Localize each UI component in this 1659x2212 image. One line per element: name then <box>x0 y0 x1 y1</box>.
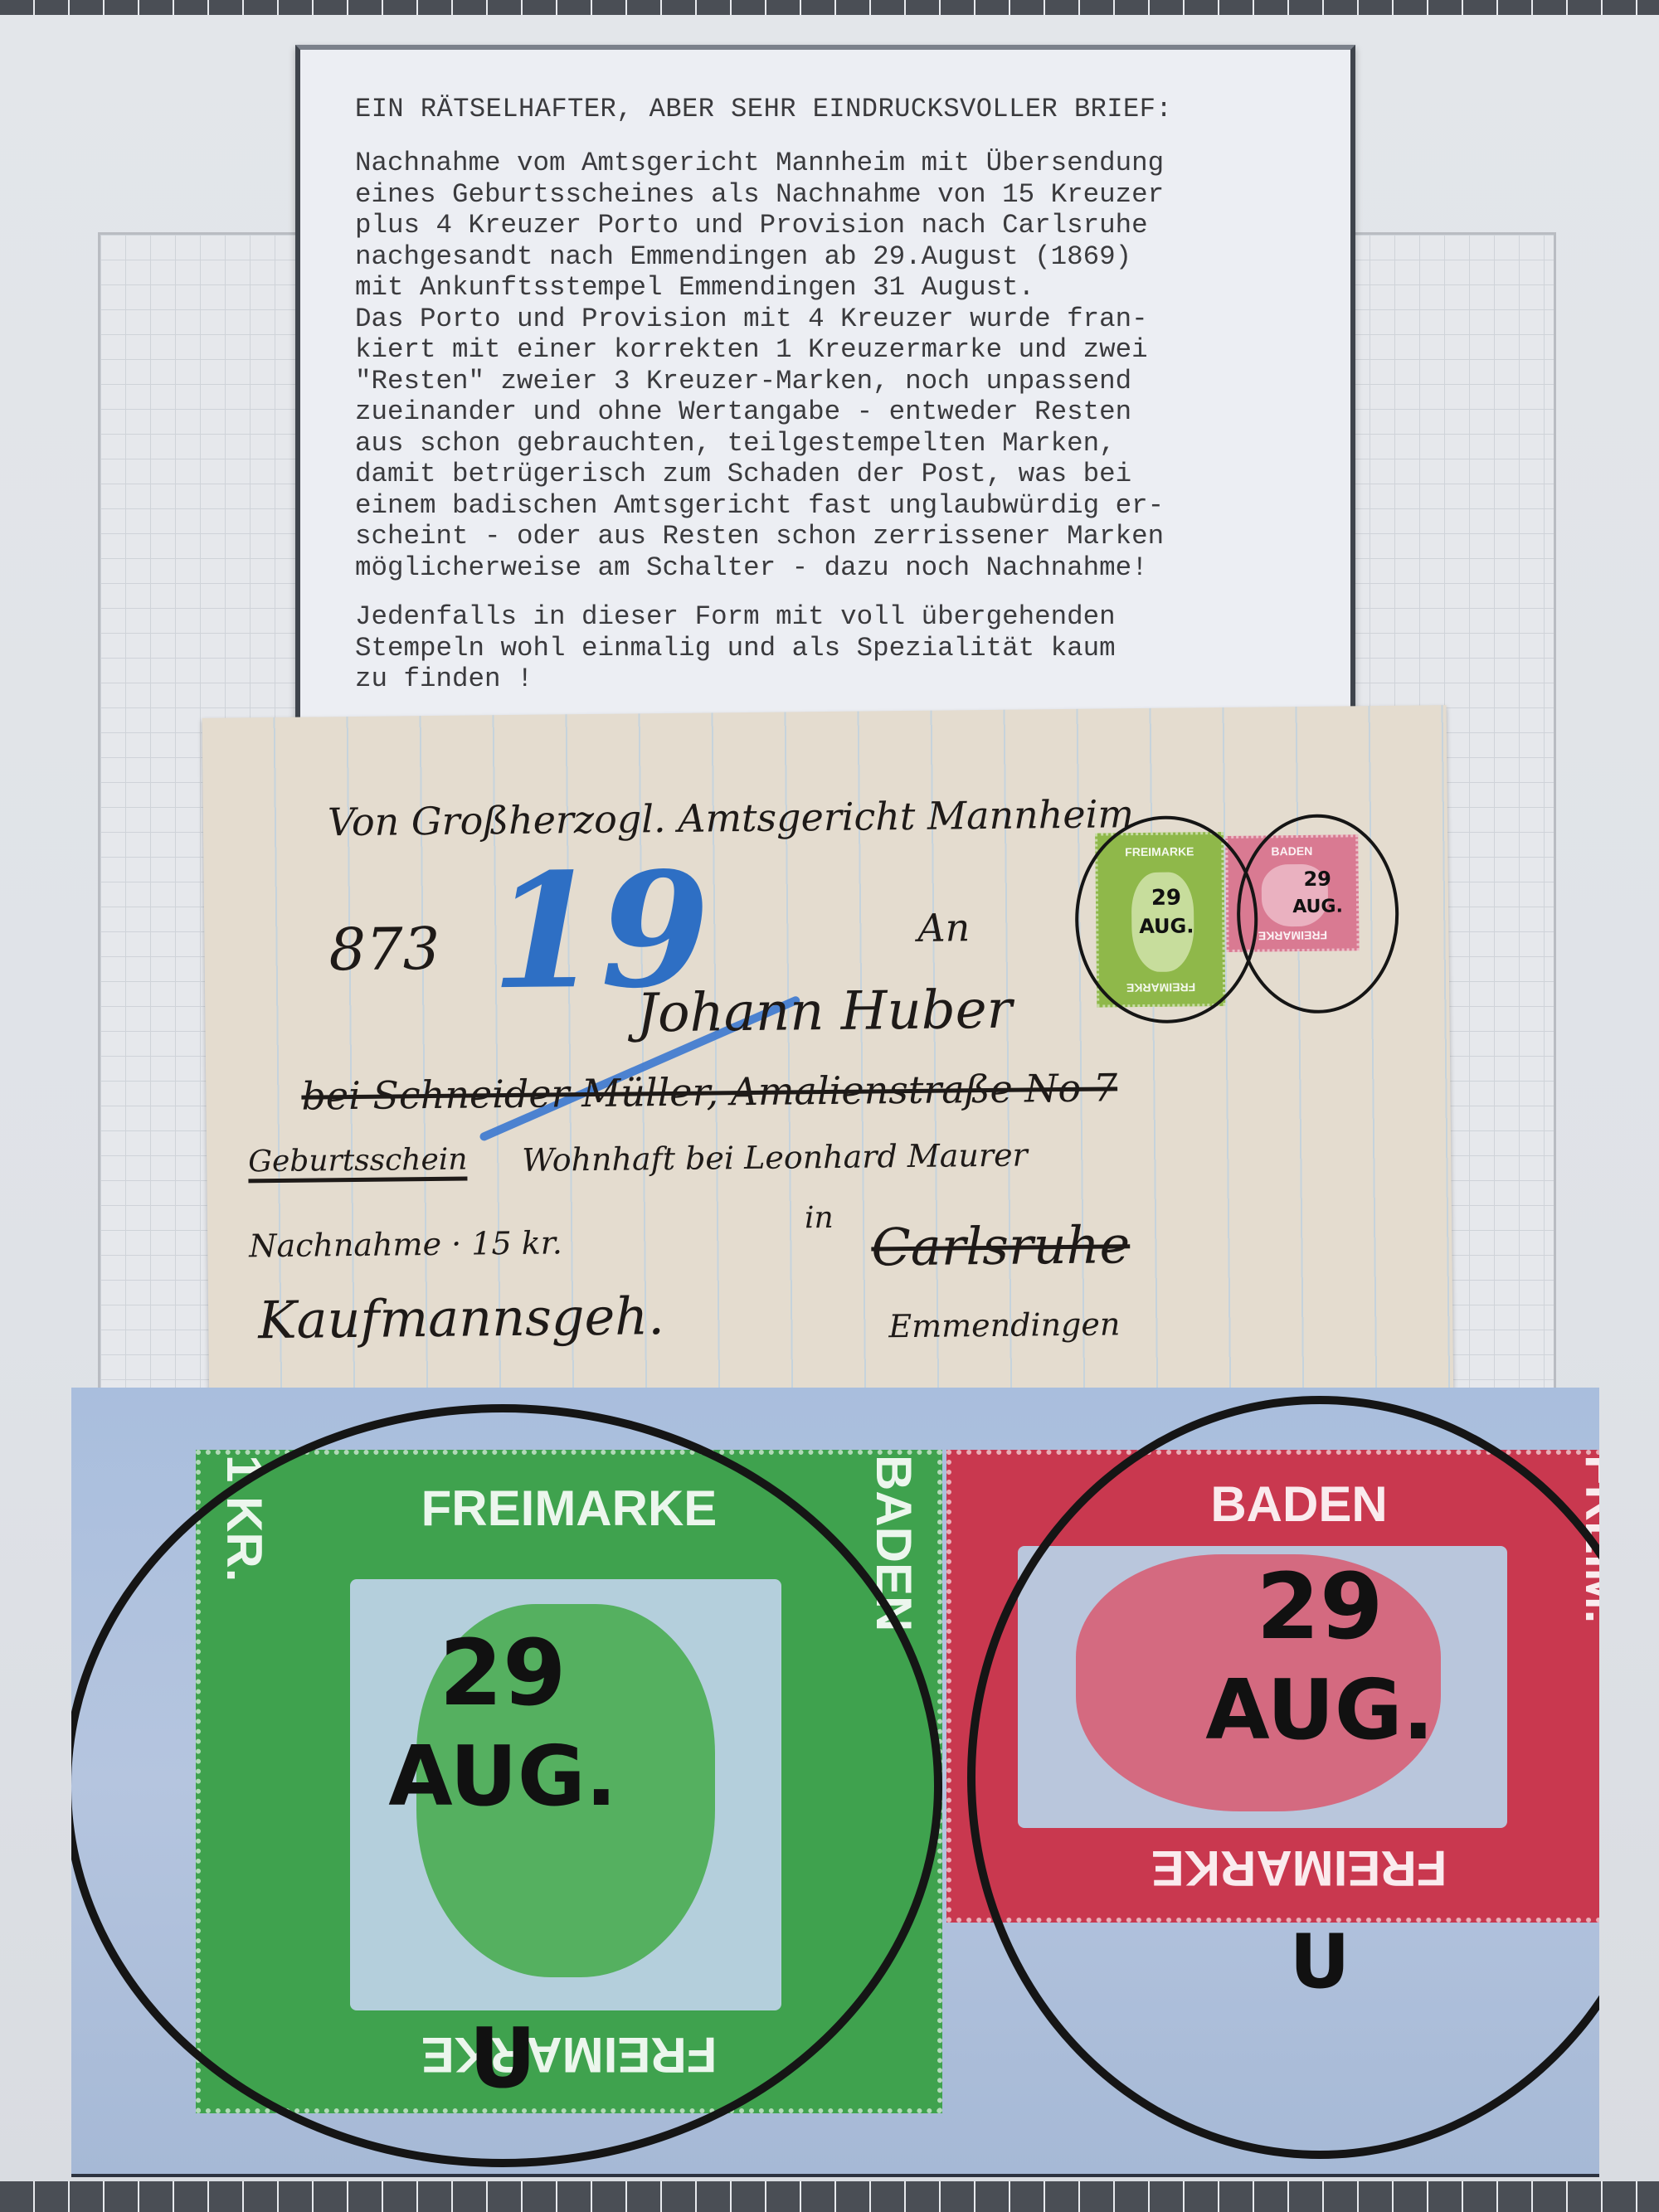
note-geburtsschein: Geburtsschein <box>248 1143 468 1184</box>
stamp-enlargement-photo: FREIMARKE 1 KR. BADEN FREIMARKE BADEN FR… <box>71 1388 1599 2177</box>
description-card: EIN RÄTSELHAFTER, ABER SEHR EINDRUCKSVOL… <box>295 45 1355 725</box>
struck-address: bei Schneider Müller, Amalienstraße No 7 <box>301 1065 1117 1118</box>
album-binder-strip-bottom <box>0 2181 1659 2212</box>
signature: Kaufmannsgeh. <box>258 1286 664 1350</box>
original-destination: Carlsruhe <box>871 1214 1131 1277</box>
note-residence: Wohnhaft bei Leonhard Maurer <box>522 1136 1028 1178</box>
enlarged-cancellation-1: 29 AUG. U <box>71 1404 942 2167</box>
cod-note: Nachnahme · 15 kr. <box>249 1224 562 1264</box>
album-page: EIN RÄTSELHAFTER, ABER SEHR EINDRUCKSVOL… <box>0 15 1659 2184</box>
to-label: An <box>917 905 970 950</box>
addressee: Johann Huber <box>636 980 1013 1045</box>
in-label: in <box>805 1201 834 1235</box>
description-title: EIN RÄTSELHAFTER, ABER SEHR EINDRUCKSVOL… <box>355 93 1309 126</box>
cancellation-mannheim-1: 29 AUG. <box>1074 815 1259 1024</box>
cancellation-mannheim-2: 29 AUG. <box>1236 814 1400 1014</box>
description-paragraph-2: Jedenfalls in dieser Form mit voll überg… <box>355 601 1309 695</box>
reference-number: 873 <box>328 915 440 984</box>
sender-line: Von Großherzogl. Amtsgericht Mannheim <box>328 791 1135 844</box>
forwarded-destination: Emmendingen <box>888 1305 1120 1344</box>
postal-cover: Von Großherzogl. Amtsgericht Mannheim 87… <box>202 705 1454 1419</box>
description-paragraph-1: Nachnahme vom Amtsgericht Mannheim mit Ü… <box>355 148 1309 583</box>
